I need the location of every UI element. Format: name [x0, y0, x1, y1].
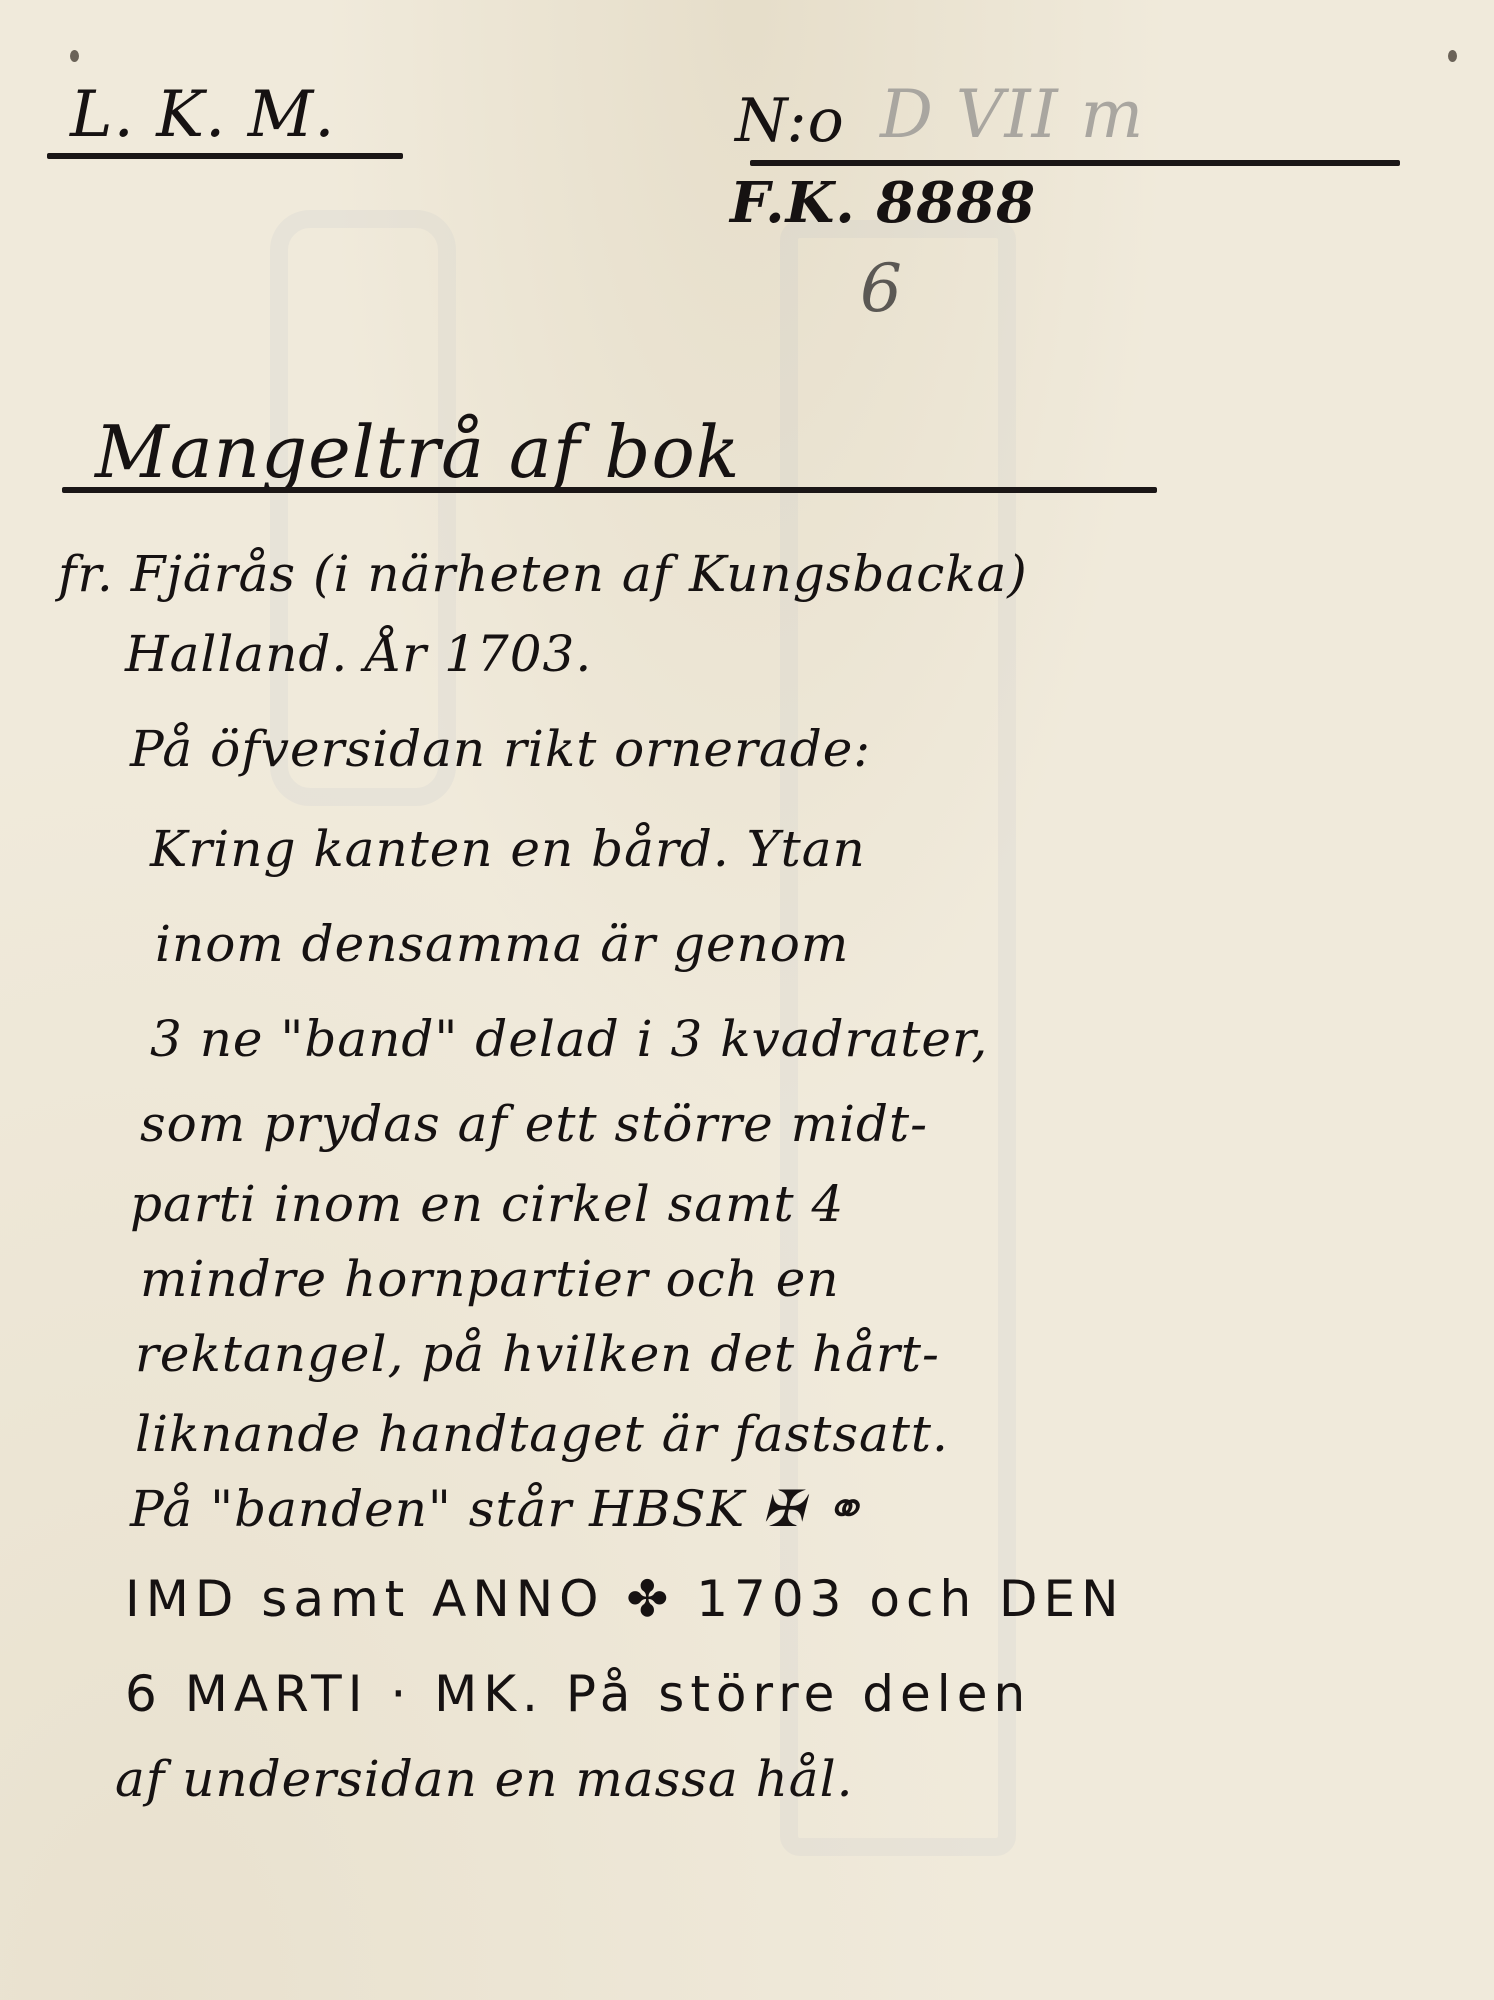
pin-hole — [1448, 50, 1457, 62]
description-line: På öfversidan rikt ornerade: — [130, 720, 871, 778]
description-line: liknande handtaget är fastsatt. — [135, 1405, 949, 1463]
number-label: N:o — [735, 86, 845, 156]
pin-hole — [70, 50, 79, 62]
description-line: fr. Fjärås (i närheten af Kungsbacka) — [58, 545, 1028, 603]
fk-number: F.K. 8888 — [730, 170, 1036, 236]
description-line: 6 MARTI · MK. På större delen — [125, 1665, 1031, 1723]
bleed-through-shape — [270, 210, 456, 806]
object-title: Mangeltrå af bok — [95, 410, 740, 494]
description-line: inom densamma är genom — [155, 915, 849, 973]
description-line: Kring kanten en bård. Ytan — [150, 820, 866, 878]
catalogue-card: L. K. M. N:o D VII m F.K. 8888 6 Mangelt… — [0, 0, 1494, 2000]
description-line: som prydas af ett större midt- — [140, 1095, 928, 1153]
description-line: Halland. År 1703. — [125, 625, 592, 683]
description-line: IMD samt ANNO ✤ 1703 och DEN — [125, 1570, 1125, 1628]
description-line: parti inom en cirkel samt 4 — [130, 1175, 844, 1233]
description-line: 3 ne "band" delad i 3 kvadrater, — [150, 1010, 988, 1068]
description-line: mindre hornpartier och en — [140, 1250, 840, 1308]
sub-number: 6 — [860, 250, 903, 327]
catalogue-number: D VII m — [880, 76, 1144, 153]
title-underline — [62, 487, 1157, 493]
description-line: rektangel, på hvilken det hårt- — [135, 1325, 940, 1383]
institution-underline — [47, 153, 403, 159]
number-underline — [750, 160, 1400, 166]
description-line: På "banden" står HBSK ✠ ⚭ — [130, 1480, 865, 1538]
institution-label: L. K. M. — [70, 78, 336, 152]
description-line: af undersidan en massa hål. — [115, 1750, 854, 1808]
